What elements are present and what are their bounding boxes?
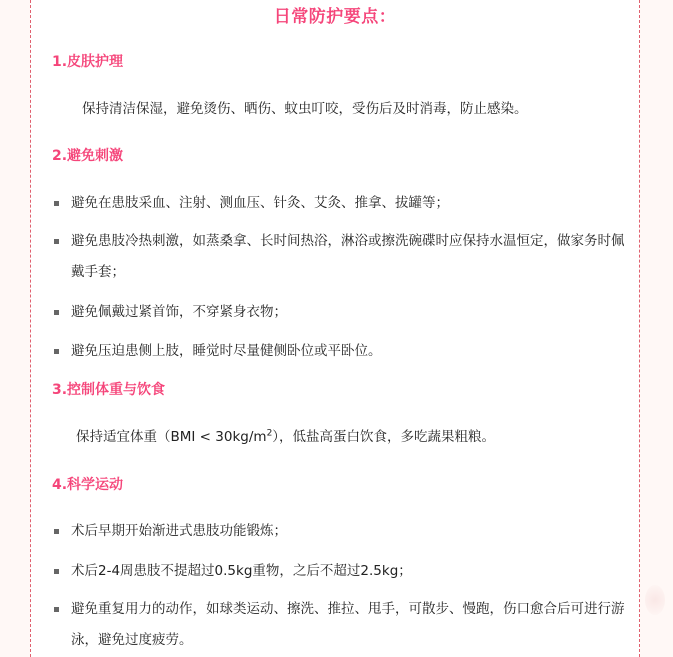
section-heading-avoid-stimulation: 2.避免刺激 [52, 146, 123, 166]
bullet-square-icon [54, 529, 59, 534]
content-card: 日常防护要点： 1.皮肤护理 保持清洁保湿，避免烫伤、晒伤、蚊虫叮咬，受伤后及时… [30, 0, 640, 657]
section-paragraph-skin-care: 保持清洁保湿，避免烫伤、晒伤、蚊虫叮咬，受伤后及时消毒，防止感染。 [82, 99, 627, 119]
paragraph-text-after: ），低盐高蛋白饮食，多吃蔬果粗粮。 [272, 429, 495, 445]
bullet-square-icon [54, 310, 59, 315]
section-heading-skin-care: 1.皮肤护理 [52, 52, 123, 72]
list-item-text: 避免重复用力的动作，如球类运动、擦洗、推拉、甩手，可散步、慢跑，伤口愈合后可进行… [71, 594, 631, 656]
list-item-text: 术后早期开始渐进式患肢功能锻炼； [71, 516, 631, 547]
background-decoration [645, 585, 665, 615]
list-item-text: 术后2-4周患肢不提超过0.5kg重物，之后不超过2.5kg； [71, 556, 631, 587]
section-heading-weight-diet: 3.控制体重与饮食 [52, 380, 165, 400]
bullet-square-icon [54, 607, 59, 612]
bullet-square-icon [54, 239, 59, 244]
bullet-square-icon [54, 201, 59, 206]
bullet-square-icon [54, 349, 59, 354]
section-paragraph-weight-diet: 保持适宜体重（BMI < 30kg/m2），低盐高蛋白饮食，多吃蔬果粗粮。 [76, 427, 621, 447]
paragraph-text-before: 保持适宜体重（BMI < 30kg/m [76, 429, 267, 445]
list-item-text: 避免患肢冷热刺激，如蒸桑拿、长时间热浴，淋浴或擦洗碗碟时应保持水温恒定，做家务时… [71, 226, 631, 288]
page-title: 日常防护要点： [31, 5, 639, 29]
bullet-square-icon [54, 569, 59, 574]
list-item-text: 避免压迫患侧上肢，睡觉时尽量健侧卧位或平卧位。 [71, 336, 631, 367]
section-heading-exercise: 4.科学运动 [52, 475, 123, 495]
list-item-text: 避免佩戴过紧首饰，不穿紧身衣物； [71, 297, 631, 328]
list-item-text: 避免在患肢采血、注射、测血压、针灸、艾灸、推拿、拔罐等； [71, 188, 631, 219]
